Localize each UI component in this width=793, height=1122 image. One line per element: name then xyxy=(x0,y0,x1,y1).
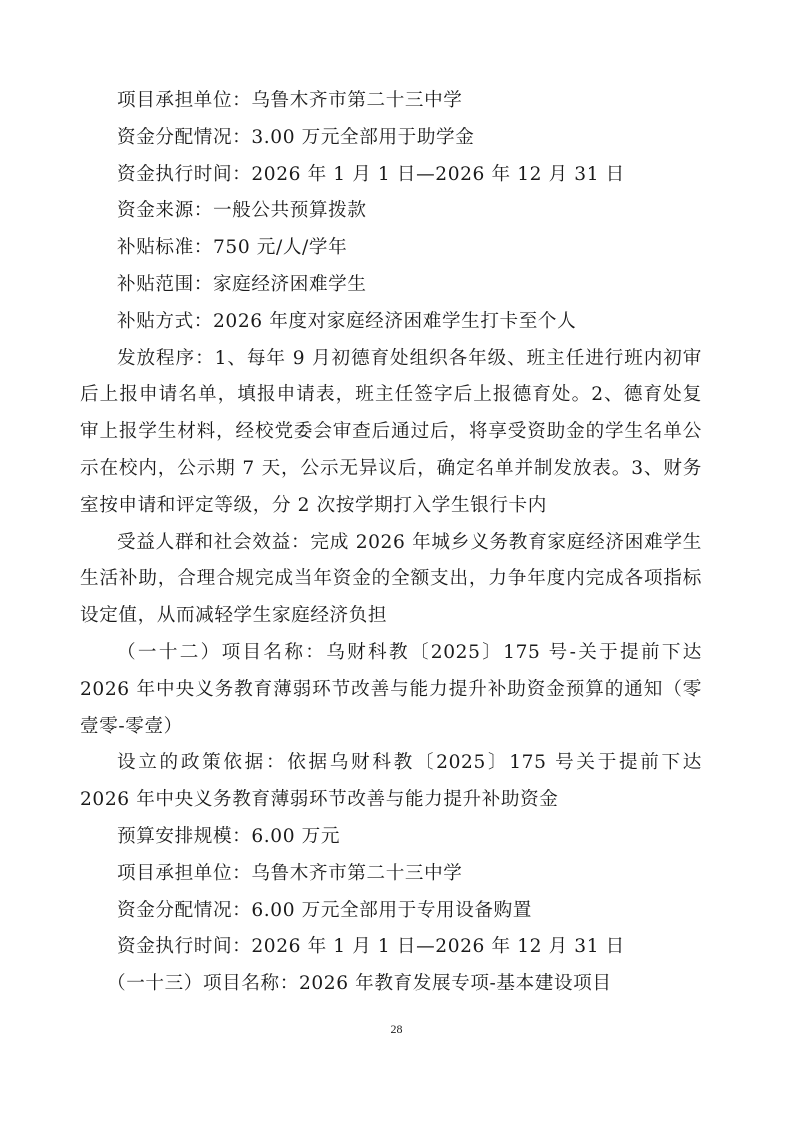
paragraph-project-unit-2: 项目承担单位：乌鲁木齐市第二十三中学 xyxy=(80,856,702,893)
paragraph-execution-period-2: 资金执行时间：2026 年 1 月 1 日—2026 年 12 月 31 日 xyxy=(80,929,702,966)
paragraph-distribution-procedure: 发放程序：1、每年 9 月初德育处组织各年级、班主任进行班内初审后上报申请名单，… xyxy=(80,341,702,525)
paragraph-fund-allocation-2: 资金分配情况：6.00 万元全部用于专用设备购置 xyxy=(80,893,702,930)
paragraph-fund-source: 资金来源：一般公共预算拨款 xyxy=(80,193,702,230)
paragraph-budget-scale: 预算安排规模：6.00 万元 xyxy=(80,819,702,856)
paragraph-beneficiaries: 受益人群和社会效益：完成 2026 年城乡义务教育家庭经济困难学生生活补助，合理… xyxy=(80,525,702,635)
paragraph-execution-period: 资金执行时间：2026 年 1 月 1 日—2026 年 12 月 31 日 xyxy=(80,157,702,194)
paragraph-fund-allocation: 资金分配情况：3.00 万元全部用于助学金 xyxy=(80,120,702,157)
paragraph-subsidy-standard: 补贴标准：750 元/人/学年 xyxy=(80,230,702,267)
paragraph-project-unit: 项目承担单位：乌鲁木齐市第二十三中学 xyxy=(80,83,702,120)
document-page: 项目承担单位：乌鲁木齐市第二十三中学 资金分配情况：3.00 万元全部用于助学金… xyxy=(80,83,702,1003)
paragraph-subsidy-scope: 补贴范围：家庭经济困难学生 xyxy=(80,267,702,304)
section-heading-13: （一十三）项目名称：2026 年教育发展专项-基本建设项目 xyxy=(80,966,702,1003)
section-heading-12: （一十二）项目名称：乌财科教〔2025〕175 号-关于提前下达 2026 年中… xyxy=(80,635,702,745)
paragraph-policy-basis: 设立的政策依据：依据乌财科教〔2025〕175 号关于提前下达 2026 年中央… xyxy=(80,745,702,819)
paragraph-subsidy-method: 补贴方式：2026 年度对家庭经济困难学生打卡至个人 xyxy=(80,304,702,341)
page-number: 28 xyxy=(0,1022,793,1037)
